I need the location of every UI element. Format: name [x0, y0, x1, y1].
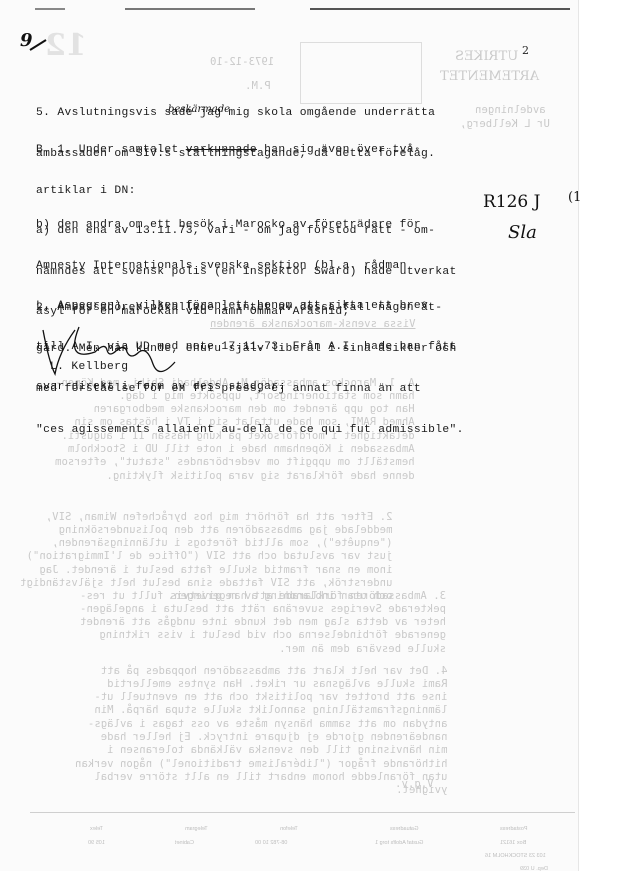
ghost-footer-value: 103 23 STOCKHOLM 16: [485, 853, 546, 859]
signatory-name: L. Kellberg: [50, 361, 128, 375]
ghost-footer-value: Cabinet: [175, 840, 194, 846]
top-rule: [310, 8, 570, 10]
margin-initials: Sla: [508, 222, 537, 243]
ghost-footer-value: Box 16121: [500, 840, 526, 846]
ghost-footer-label: Telex: [90, 826, 103, 832]
ghost-footer-label: Telefon: [280, 826, 298, 832]
margin-circled-note: (1: [568, 190, 581, 205]
ghost-footer-value: 08-782 10 00: [255, 840, 287, 846]
top-rule: [35, 8, 65, 10]
margin-reference: R126 J: [483, 192, 540, 212]
ghost-header: avdelningen: [475, 104, 546, 117]
handwritten-insert: beskärmade: [168, 104, 230, 115]
ghost-page-number: 12: [45, 28, 87, 63]
ghost-footer-label: Postadress: [500, 826, 528, 832]
document-page: 12 UTRIKES ARTEMENTET avdelningen Ur L K…: [0, 0, 579, 871]
ghost-header: Ur L Kellberg,: [460, 118, 550, 131]
ghost-header: UTRIKES: [455, 50, 518, 63]
ghost-closing: V.g.v.: [395, 778, 434, 791]
page-number: 2: [522, 44, 529, 57]
struck-word: varkunnade: [186, 144, 257, 156]
ghost-footer-value: Dep. U 039: [520, 866, 548, 871]
ghost-footer-label: Telegram: [185, 826, 208, 832]
ghost-footer-value: 105 90: [88, 840, 105, 846]
slash-mark-icon: [28, 38, 50, 52]
ghost-paragraph: 4. Det var helt klart att ambassadören h…: [75, 638, 447, 824]
ghost-footer-value: Gustaf Adolfs torg 1: [375, 840, 423, 846]
ghost-header: ARTEMENTET: [440, 70, 539, 83]
footer-rule: [30, 812, 575, 813]
ghost-date: 1973-12-10: [210, 56, 274, 69]
top-rule: [125, 8, 255, 10]
ghost-footer-label: Gatuadress: [390, 826, 418, 832]
